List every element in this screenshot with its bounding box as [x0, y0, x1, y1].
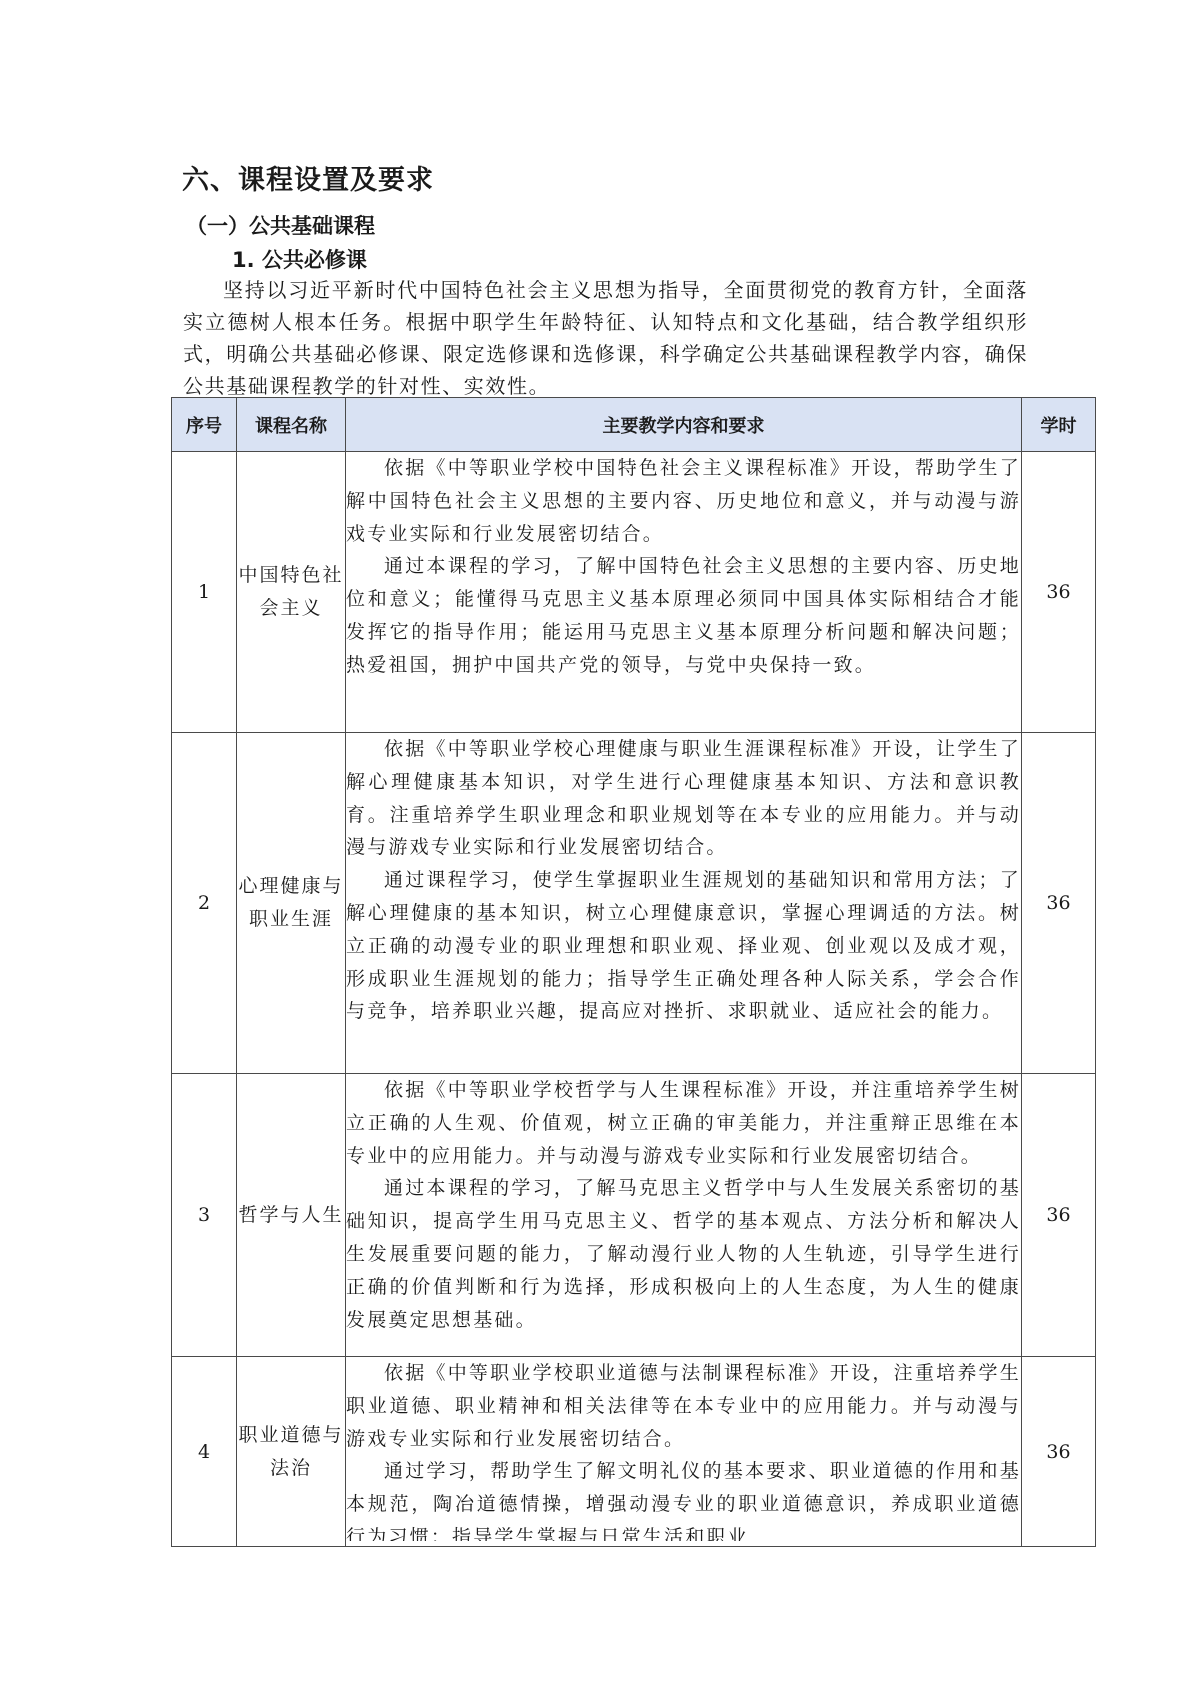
row-content: 依据《中等职业学校心理健康与职业生涯课程标准》开设，让学生了解心理健康基本知识，…	[346, 733, 1022, 1074]
table-row: 2 心理健康与职业生涯 依据《中等职业学校心理健康与职业生涯课程标准》开设，让学…	[172, 733, 1096, 1074]
content-paragraph: 依据《中等职业学校心理健康与职业生涯课程标准》开设，让学生了解心理健康基本知识，…	[346, 733, 1021, 864]
row-num: 2	[172, 733, 237, 1074]
row-num: 4	[172, 1357, 237, 1547]
header-hours: 学时	[1022, 398, 1096, 452]
content-paragraph: 依据《中等职业学校哲学与人生课程标准》开设，并注重培养学生树立正确的人生观、价值…	[346, 1074, 1021, 1172]
intro-paragraph: 坚持以习近平新时代中国特色社会主义思想为指导，全面贯彻党的教育方针，全面落实立德…	[183, 274, 1028, 402]
row-course-name: 心理健康与职业生涯	[237, 733, 346, 1074]
section-title: 六、课程设置及要求	[182, 158, 434, 197]
row-content: 依据《中等职业学校哲学与人生课程标准》开设，并注重培养学生树立正确的人生观、价值…	[346, 1074, 1022, 1357]
content-paragraph: 通过学习，帮助学生了解文明礼仪的基本要求、职业道德的作用和基本规范，陶冶道德情操…	[346, 1455, 1021, 1541]
row-content: 依据《中等职业学校职业道德与法制课程标准》开设，注重培养学生职业道德、职业精神和…	[346, 1357, 1022, 1547]
content-paragraph: 通过本课程的学习，了解中国特色社会主义思想的主要内容、历史地位和意义；能懂得马克…	[346, 550, 1021, 681]
row-content: 依据《中等职业学校中国特色社会主义课程标准》开设，帮助学生了解中国特色社会主义思…	[346, 452, 1022, 733]
table-row: 3 哲学与人生 依据《中等职业学校哲学与人生课程标准》开设，并注重培养学生树立正…	[172, 1074, 1096, 1357]
row-hours: 36	[1022, 1357, 1096, 1547]
header-course-name: 课程名称	[237, 398, 346, 452]
table-header-row: 序号 课程名称 主要教学内容和要求 学时	[172, 398, 1096, 452]
row-course-name: 中国特色社会主义	[237, 452, 346, 733]
content-paragraph: 通过课程学习，使学生掌握职业生涯规划的基础知识和常用方法；了解心理健康的基本知识…	[346, 864, 1021, 1028]
row-course-name: 职业道德与法治	[237, 1357, 346, 1547]
row-course-name: 哲学与人生	[237, 1074, 346, 1357]
row-num: 1	[172, 452, 237, 733]
subsection-title: （一）公共基础课程	[186, 210, 375, 240]
content-paragraph: 依据《中等职业学校职业道德与法制课程标准》开设，注重培养学生职业道德、职业精神和…	[346, 1357, 1021, 1455]
table-row: 4 职业道德与法治 依据《中等职业学校职业道德与法制课程标准》开设，注重培养学生…	[172, 1357, 1096, 1547]
row-hours: 36	[1022, 1074, 1096, 1357]
header-content: 主要教学内容和要求	[346, 398, 1022, 452]
row-hours: 36	[1022, 733, 1096, 1074]
subsubsection-title: 1. 公共必修课	[232, 244, 367, 274]
content-paragraph: 通过本课程的学习，了解马克思主义哲学中与人生发展关系密切的基础知识，提高学生用马…	[346, 1172, 1021, 1336]
course-table: 序号 课程名称 主要教学内容和要求 学时 1 中国特色社会主义 依据《中等职业学…	[171, 397, 1096, 1547]
header-num: 序号	[172, 398, 237, 452]
row-hours: 36	[1022, 452, 1096, 733]
table-row: 1 中国特色社会主义 依据《中等职业学校中国特色社会主义课程标准》开设，帮助学生…	[172, 452, 1096, 733]
content-paragraph: 依据《中等职业学校中国特色社会主义课程标准》开设，帮助学生了解中国特色社会主义思…	[346, 452, 1021, 550]
row-num: 3	[172, 1074, 237, 1357]
